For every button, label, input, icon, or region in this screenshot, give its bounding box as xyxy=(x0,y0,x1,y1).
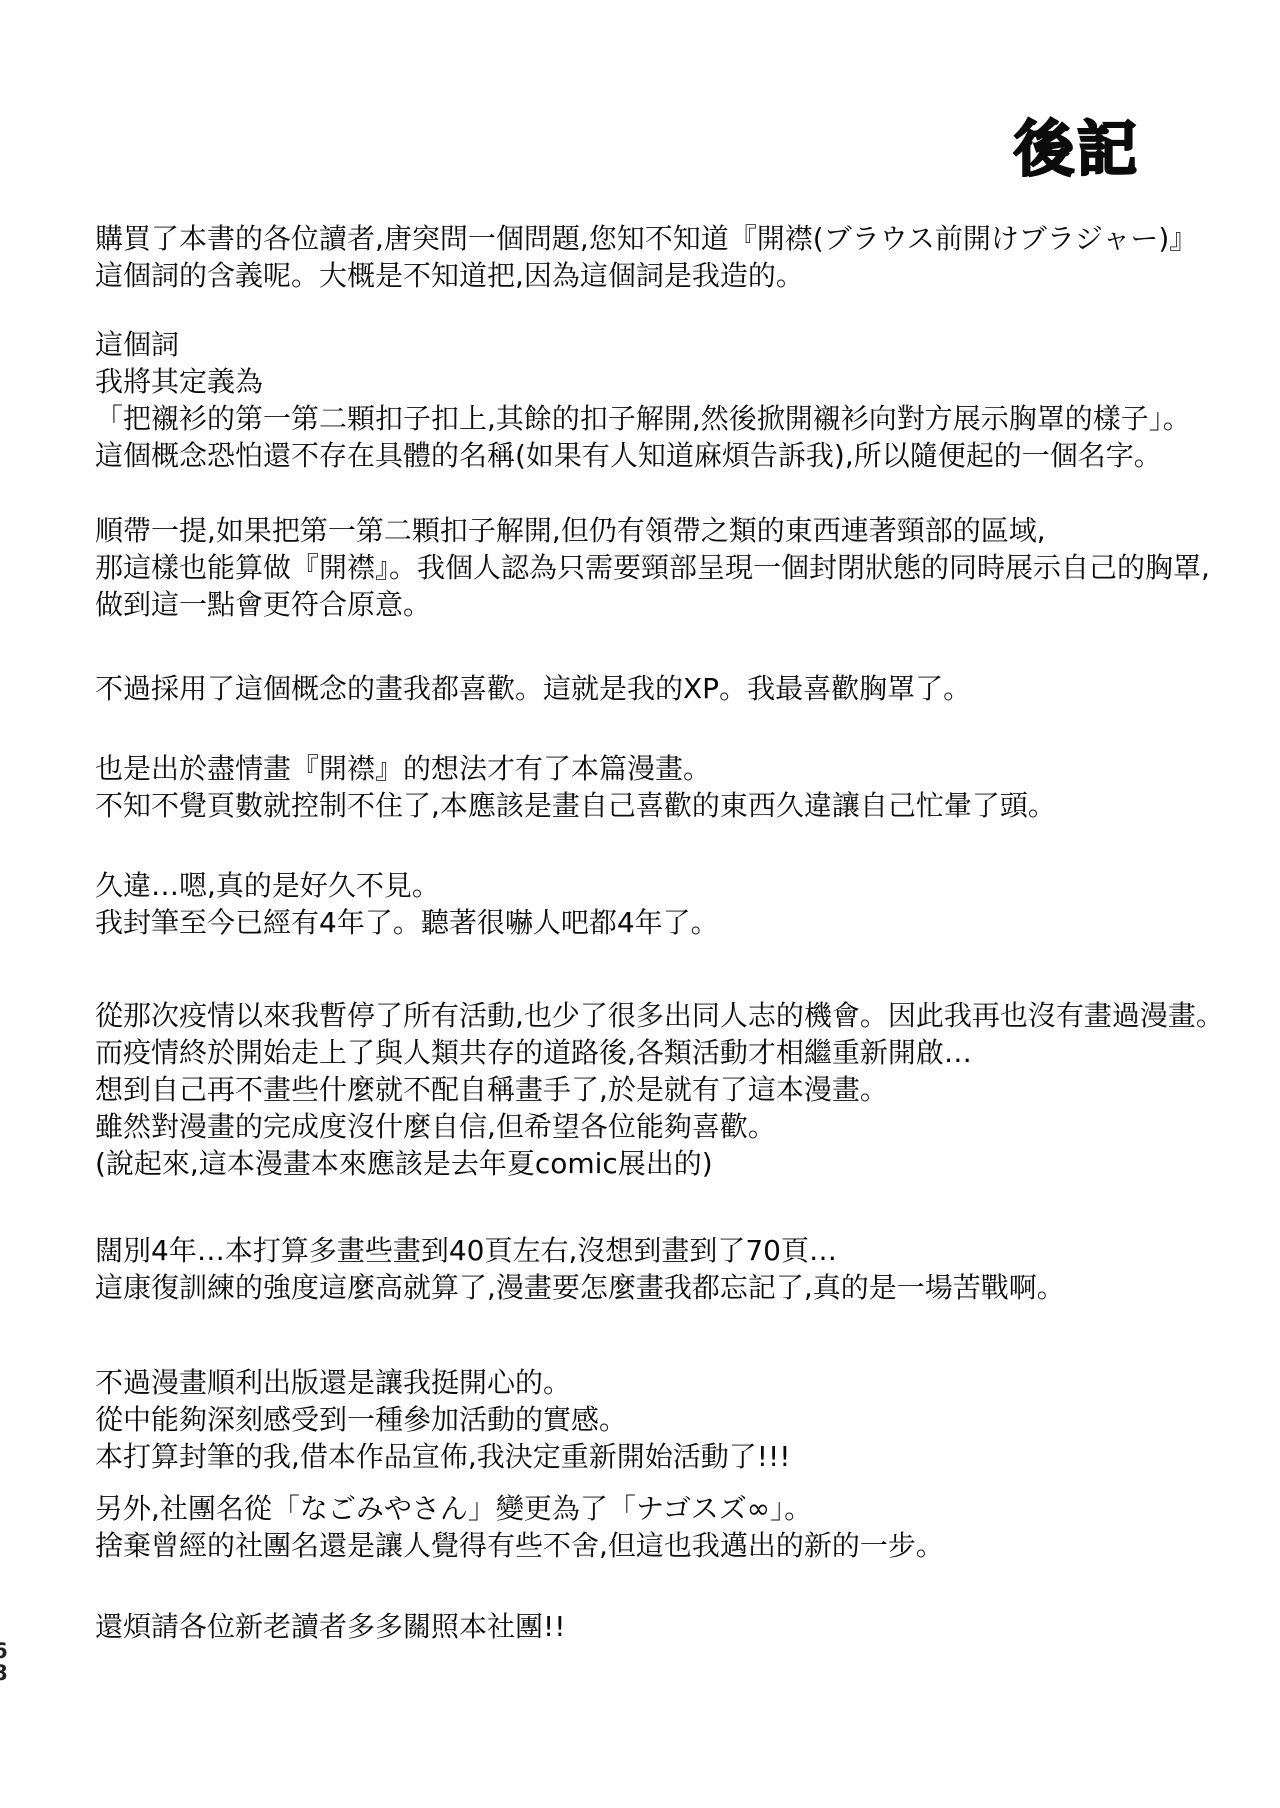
text-line: (說起來,這本漫畫本來應該是去年夏comic展出的) xyxy=(95,1145,1224,1182)
text-line: 從中能夠深刻感受到一種參加活動的實感。 xyxy=(95,1401,790,1438)
text-line: 雖然對漫畫的完成度沒什麼自信,但希望各位能夠喜歡。 xyxy=(95,1108,1224,1145)
text-line: 順帶一提,如果把第一第二顆扣子解開,但仍有領帶之類的東西連著頸部的區域, xyxy=(95,512,1210,549)
text-line: 購買了本書的各位讀者,唐突問一個問題,您知不知道『開襟(ブラウス前開けブラジャー… xyxy=(95,220,1197,257)
text-line: 捨棄曾經的社團名還是讓人覺得有些不舍,但這也我邁出的新的一步。 xyxy=(95,1527,944,1564)
text-line: 還煩請各位新老讀者多多關照本社團!! xyxy=(95,1608,565,1645)
paragraph-preference: 不過採用了這個概念的畫我都喜歡。這就是我的XP。我最喜歡胸罩了。 xyxy=(95,670,971,707)
paragraph-pages: 闊別4年…本打算多畫些畫到40頁左右,沒想到畫到了70頁… 這康復訓練的強度這麼… xyxy=(95,1232,1065,1306)
text-line: 這個概念恐怕還不存在具體的名稱(如果有人知道麻煩告訴我),所以隨便起的一個名字。 xyxy=(95,437,1191,474)
text-line: 這個詞的含義呢。大概是不知道把,因為這個詞是我造的。 xyxy=(95,257,1197,294)
paragraph-circle-rename: 另外,社團名從「なごみやさん」變更為了「ナゴスズ∞」。 捨棄曾經的社團名還是讓人… xyxy=(95,1490,944,1564)
text-line: 我將其定義為 xyxy=(95,363,1191,400)
text-line: 這康復訓練的強度這麼高就算了,漫畫要怎麼畫我都忘記了,真的是一場苦戰啊。 xyxy=(95,1269,1065,1306)
paragraph-intro: 購買了本書的各位讀者,唐突問一個問題,您知不知道『開襟(ブラウス前開けブラジャー… xyxy=(95,220,1197,294)
text-line: 「把襯衫的第一第二顆扣子扣上,其餘的扣子解開,然後掀開襯衫向對方展示胸罩的樣子」… xyxy=(95,400,1191,437)
paragraph-sidenote: 順帶一提,如果把第一第二顆扣子解開,但仍有領帶之類的東西連著頸部的區域, 那這樣… xyxy=(95,512,1210,623)
text-line: 本打算封筆的我,借本作品宣佈,我決定重新開始活動了!!! xyxy=(95,1438,790,1475)
text-line: 闊別4年…本打算多畫些畫到40頁左右,沒想到畫到了70頁… xyxy=(95,1232,1065,1269)
paragraph-long-time: 久違…嗯,真的是好久不見。 我封筆至今已經有4年了。聽著很嚇人吧都4年了。 xyxy=(95,867,719,941)
paragraph-pandemic: 從那次疫情以來我暫停了所有活動,也少了很多出同人志的機會。因此我再也沒有畫過漫畫… xyxy=(95,997,1224,1182)
text-line: 久違…嗯,真的是好久不見。 xyxy=(95,867,719,904)
text-line: 不過採用了這個概念的畫我都喜歡。這就是我的XP。我最喜歡胸罩了。 xyxy=(95,670,971,707)
paragraph-motivation: 也是出於盡情畫『開襟』的想法才有了本篇漫畫。 不知不覺頁數就控制不住了,本應該是… xyxy=(95,750,1056,824)
text-line: 從那次疫情以來我暫停了所有活動,也少了很多出同人志的機會。因此我再也沒有畫過漫畫… xyxy=(95,997,1224,1034)
text-line: 我封筆至今已經有4年了。聽著很嚇人吧都4年了。 xyxy=(95,904,719,941)
page-number-digit: 6 xyxy=(0,1640,8,1662)
text-line: 另外,社團名從「なごみやさん」變更為了「ナゴスズ∞」。 xyxy=(95,1490,944,1527)
page-title: 後記 xyxy=(1014,102,1140,188)
text-line: 也是出於盡情畫『開襟』的想法才有了本篇漫畫。 xyxy=(95,750,1056,787)
text-line: 不知不覺頁數就控制不住了,本應該是畫自己喜歡的東西久違讓自己忙暈了頭。 xyxy=(95,787,1056,824)
afterword-page: 後記 購買了本書的各位讀者,唐突問一個問題,您知不知道『開襟(ブラウス前開けブラ… xyxy=(0,0,1280,1808)
paragraph-closing: 還煩請各位新老讀者多多關照本社團!! xyxy=(95,1608,565,1645)
paragraph-publication: 不過漫畫順利出版還是讓我挺開心的。 從中能夠深刻感受到一種參加活動的實感。 本打… xyxy=(95,1364,790,1475)
text-line: 那這樣也能算做『開襟』。我個人認為只需要頸部呈現一個封閉狀態的同時展示自己的胸罩… xyxy=(95,549,1210,586)
text-line: 做到這一點會更符合原意。 xyxy=(95,586,1210,623)
text-line: 這個詞 xyxy=(95,326,1191,363)
page-number: 6 8 xyxy=(0,1640,8,1684)
text-line: 不過漫畫順利出版還是讓我挺開心的。 xyxy=(95,1364,790,1401)
text-line: 想到自己再不畫些什麼就不配自稱畫手了,於是就有了這本漫畫。 xyxy=(95,1071,1224,1108)
page-number-digit: 8 xyxy=(0,1662,8,1684)
text-line: 而疫情終於開始走上了與人類共存的道路後,各類活動才相繼重新開啟… xyxy=(95,1034,1224,1071)
paragraph-definition: 這個詞 我將其定義為 「把襯衫的第一第二顆扣子扣上,其餘的扣子解開,然後掀開襯衫… xyxy=(95,326,1191,474)
